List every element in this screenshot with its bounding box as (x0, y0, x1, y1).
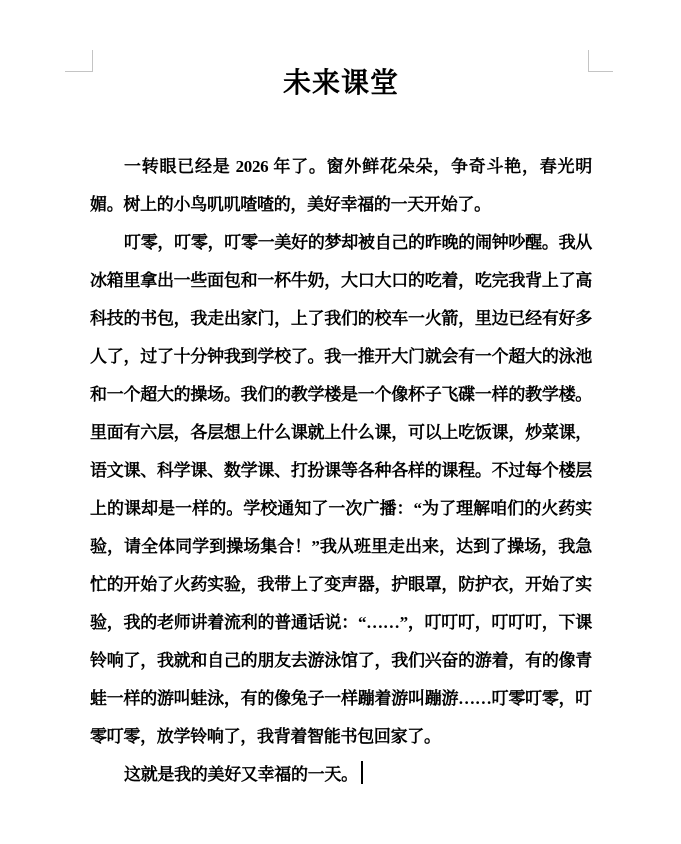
paragraph-1[interactable]: 一转眼已经是 2026 年了。窗外鲜花朵朵，争奇斗艳，春光明媚。树上的小鸟叽叽喳… (90, 148, 592, 224)
document-title[interactable]: 未来课堂 (90, 64, 592, 104)
document-page[interactable]: 未来课堂 一转眼已经是 2026 年了。窗外鲜花朵朵，争奇斗艳，春光明媚。树上的… (0, 0, 681, 844)
text-cursor (361, 761, 363, 784)
paragraph-3-text: 这就是我的美好又幸福的一天。 (124, 765, 358, 784)
margin-mark-top-left-icon (65, 50, 93, 72)
paragraph-3[interactable]: 这就是我的美好又幸福的一天。 (90, 756, 592, 794)
paragraph-2[interactable]: 叮零，叮零，叮零一美好的梦却被自己的昨晚的闹钟吵醒。我从冰箱里拿出一些面包和一杯… (90, 224, 592, 756)
document-content[interactable]: 未来课堂 一转眼已经是 2026 年了。窗外鲜花朵朵，争奇斗艳，春光明媚。树上的… (90, 0, 592, 794)
